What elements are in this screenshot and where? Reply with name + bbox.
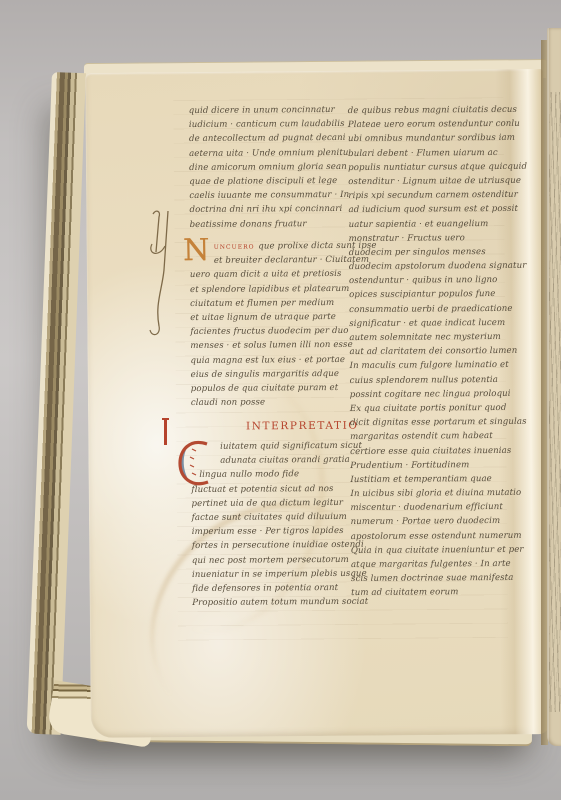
manuscript-line: uatur sapientia · et euangelium bbox=[349, 216, 528, 231]
manuscript-line: ad iudicium quod sursum est et possit bbox=[348, 202, 527, 217]
manuscript-line: de antecollectum ad pugnat decani bbox=[189, 131, 349, 146]
manuscript-line: miscentur · duodenarium efficiunt bbox=[350, 500, 529, 515]
manuscript-line: ripis xpi secundum carnem ostenditur bbox=[348, 188, 527, 203]
paragraph-block: iuitatem quid significatum sicutadunata … bbox=[191, 439, 368, 610]
manuscript-line: duodecim apstolorum duodena signatur bbox=[349, 259, 528, 274]
manuscript-line: quae de platione discipuli et lege bbox=[189, 174, 349, 189]
manuscript-line: In uicibus sibi gloria et diuina mutatio bbox=[350, 486, 529, 501]
manuscript-line: dine amicorum omnium gloria sean bbox=[189, 160, 349, 175]
facing-page-edge bbox=[547, 28, 561, 746]
manuscript-line: autem solemnitate nec mysterium bbox=[349, 330, 528, 345]
manuscript-line: consummatio uerbi de praedicatione bbox=[349, 301, 528, 316]
manuscript-line: margaritas ostendit cum habeat bbox=[350, 429, 529, 444]
manuscript-line: fortes in persecutione inuidiae ostendi bbox=[192, 538, 368, 553]
manuscript-line: lingua nullo modo fide bbox=[191, 467, 367, 482]
manuscript-line: significatur · et quae indicat lucem bbox=[349, 316, 528, 331]
manuscript-line: Ex qua ciuitate portis ponitur quod bbox=[350, 401, 529, 416]
manuscript-line: Plateae uero eorum ostenduntur conlu bbox=[348, 117, 527, 132]
manuscript-line: numerum · Portae uero duodecim bbox=[351, 514, 530, 529]
manuscript-line: fide defensores in potentia orant bbox=[192, 581, 368, 596]
manuscript-line: cuius splendorem nullus potentia bbox=[350, 372, 529, 387]
manuscript-photo: N INTERPRETATIO quid dicere in unum conc… bbox=[0, 0, 561, 800]
manuscript-line: Quia in qua ciuitate inueniuntur et per bbox=[351, 543, 530, 558]
rubric-heading: INTERPRETATIO bbox=[246, 420, 359, 433]
facing-page-text bbox=[549, 92, 561, 712]
manuscript-line: doctrina dni nri ihu xpi concinnari bbox=[189, 202, 349, 217]
rubric-margin-mark bbox=[164, 418, 167, 445]
paragraph-block: quid dicere in unum concinnaturiudicium … bbox=[189, 103, 350, 232]
manuscript-line: Iustitiam et temperantiam quae bbox=[350, 472, 529, 487]
manuscript-line: atque margaritas fulgentes · In arte bbox=[351, 557, 530, 572]
manuscript-line: adunata ciuitas orandi gratia bbox=[191, 453, 367, 468]
manuscript-line: possint cogitare nec lingua proloqui bbox=[350, 386, 529, 401]
manuscript-line: ostenduntur · quibus in uno ligno bbox=[349, 273, 528, 288]
manuscript-line: dicit dignitas esse portarum et singulas bbox=[350, 415, 529, 430]
manuscript-line: de quibus rebus magni ciuitatis decus bbox=[348, 103, 527, 118]
manuscript-line: aeterna uita · Unde omnium plenitu bbox=[189, 145, 349, 160]
manuscript-line: pertinet uia de qua dictum legitur bbox=[191, 496, 367, 511]
manuscript-line: tum ad ciuitatem eorum bbox=[351, 585, 530, 600]
manuscript-line: aut ad claritatem dei consortio lumen bbox=[349, 344, 528, 359]
manuscript-line: iudicium · canticum cum laudabilis bbox=[189, 117, 349, 132]
manuscript-line: fluctuat et potentia sicut ad nos bbox=[191, 481, 367, 496]
manuscript-line: iuitatem quid significatum sicut bbox=[191, 439, 367, 454]
manuscript-line: factae sunt ciuitates quid diluuium bbox=[192, 510, 368, 525]
manuscript-line: ubi omnibus mundantur sordibus iam bbox=[348, 131, 527, 146]
manuscript-line: imperium esse · Per tigros lapides bbox=[192, 524, 368, 539]
manuscript-line: In maculis cum fulgore luminatio et bbox=[350, 358, 529, 373]
manuscript-line: Propositio autem totum mundum sociat bbox=[192, 595, 368, 610]
manuscript-line: inueniatur in se imperium plebis usque bbox=[192, 566, 368, 581]
manuscript-line: quid dicere in unum concinnatur bbox=[189, 103, 349, 118]
manuscript-line: certiore esse quia ciuitates inuenias bbox=[350, 443, 529, 458]
manuscript-line: beatissime donans fruatur bbox=[190, 216, 350, 231]
manuscript-line: opices suscipiantur populos fune bbox=[349, 287, 528, 302]
manuscript-line: Prudentium · Fortitudinem bbox=[350, 457, 529, 472]
paragraph-block: de quibus rebus magni ciuitatis decusPla… bbox=[348, 103, 530, 601]
rubric-word: uncuero bbox=[214, 242, 259, 252]
manuscript-line: caelis iuuante me consummatur · In bbox=[189, 188, 349, 203]
manuscript-line: ostenditur · Lignum uitae de utriusque bbox=[348, 174, 527, 189]
marginal-flourish-icon bbox=[146, 208, 174, 340]
manuscript-line: bulari debent · Flumen uiarum ac bbox=[348, 145, 527, 160]
manuscript-line: duodecim per singulos menses bbox=[349, 245, 528, 260]
manuscript-line: populis nuntiatur cursus atque quicquid bbox=[348, 159, 527, 174]
manuscript-line: scis lumen doctrinae suae manifesta bbox=[351, 571, 530, 586]
manuscript-line: apostolorum esse ostendunt numerum bbox=[351, 528, 530, 543]
manuscript-line: monstratur · Fructus uero bbox=[349, 230, 528, 245]
manuscript-line: qui nec post mortem persecutorum bbox=[192, 552, 368, 567]
